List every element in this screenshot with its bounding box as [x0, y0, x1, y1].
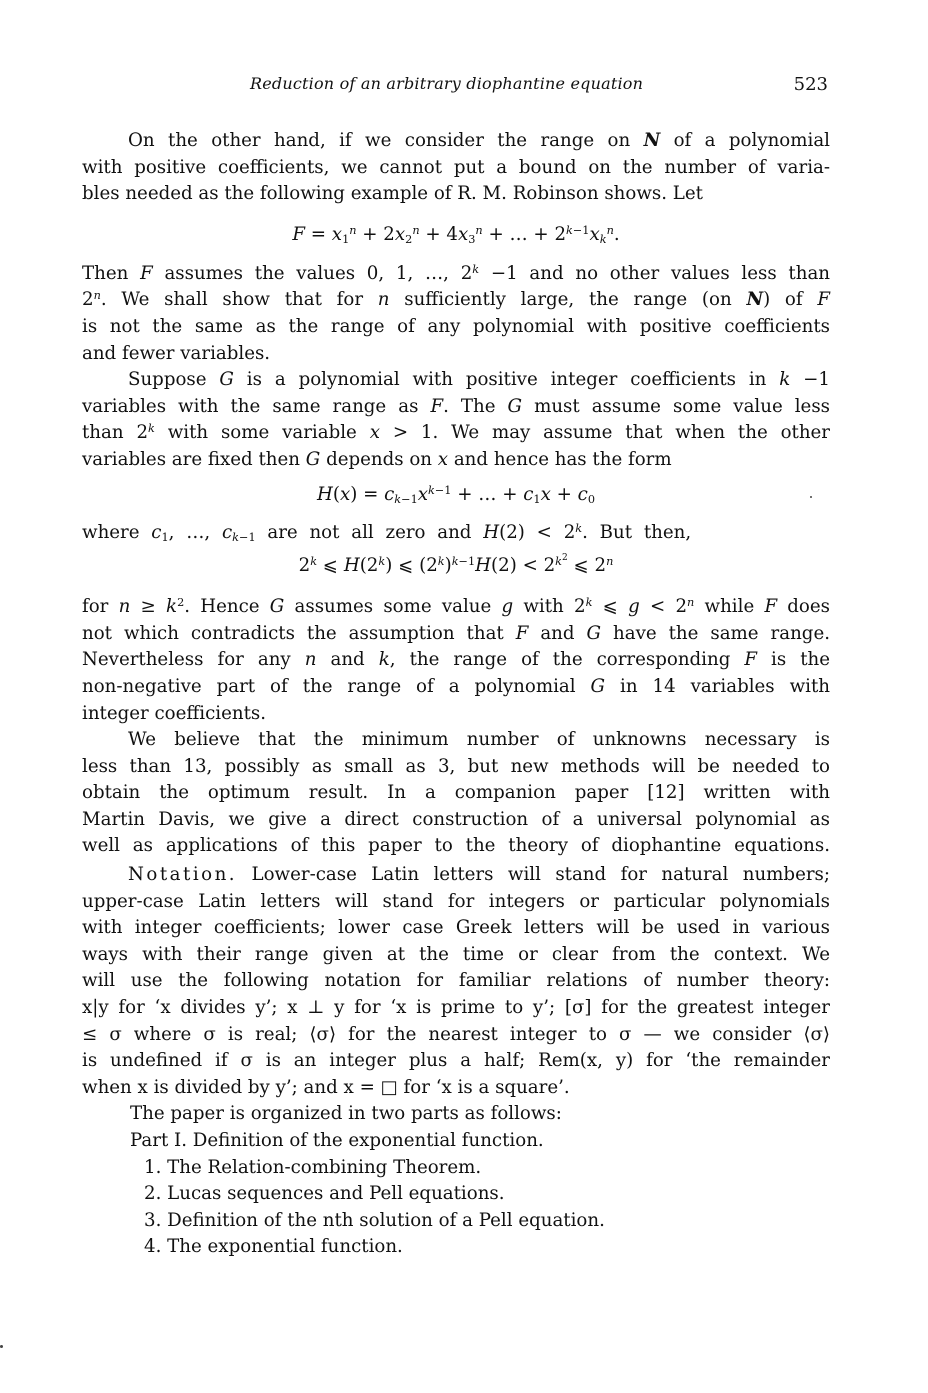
text-line: 2n. We shall show that for n sufficientl…: [82, 287, 830, 314]
text-line: for n ≥ k2. Hence G assumes some value g…: [82, 594, 830, 621]
text-line: x|y for ‘x divides y’; x ⊥ y for ‘x is p…: [82, 995, 830, 1022]
text-line: with positive coefficients, we cannot pu…: [82, 155, 830, 182]
paragraph-hence-G: for n ≥ k2. Hence G assumes some value g…: [82, 594, 830, 727]
text-line: bles needed as the following example of …: [82, 181, 830, 208]
paragraph-robinson-example: On the other hand, if we consider the ra…: [82, 128, 830, 208]
text-line: with integer coefficients; lower case Gr…: [82, 915, 830, 942]
text-line: where c1, …, ck−1 are not all zero and H…: [82, 520, 830, 547]
paragraph-organization: The paper is organized in two parts as f…: [82, 1101, 830, 1261]
text-line: Martin Davis, we give a direct construct…: [82, 807, 830, 834]
equation-H: H(x) = ck−1xk−1 + … + c1x + c0: [82, 474, 830, 520]
section-item: 1. The Relation-combining Theorem.: [82, 1155, 830, 1182]
page-header: Reduction of an arbitrary diophantine eq…: [82, 74, 830, 100]
equation-F: F = x1n + 2x2n + 4x3n + … + 2k−1xkn.: [82, 208, 830, 261]
paragraph-minimum-unknowns: We believe that the minimum number of un…: [82, 727, 830, 860]
text-line: will use the following notation for fami…: [82, 968, 830, 995]
section-item: 3. Definition of the nth solution of a P…: [82, 1208, 830, 1235]
text-line: well as applications of this paper to th…: [82, 833, 830, 860]
text-line: than 2k with some variable x > 1. We may…: [82, 420, 830, 447]
text-line: integer coefficients.: [82, 701, 830, 728]
text-line: ≤ σ where σ is real; ⟨σ⟩ for the nearest…: [82, 1022, 830, 1049]
text-line: is undefined if σ is an integer plus a h…: [82, 1048, 830, 1075]
text-line: variables with the same range as F. The …: [82, 394, 830, 421]
part-one-heading: Part I. Definition of the exponential fu…: [82, 1128, 830, 1155]
text-line: Notation. Lower-case Latin letters will …: [82, 862, 830, 889]
notation-heading: Notation.: [128, 864, 237, 885]
text-line: obtain the optimum result. In a companio…: [82, 780, 830, 807]
text-line: less than 13, possibly as small as 3, bu…: [82, 754, 830, 781]
section-list: 1. The Relation-combining Theorem. 2. Lu…: [82, 1155, 830, 1261]
section-item: 4. The exponential function.: [82, 1234, 830, 1261]
text-line: The paper is organized in two parts as f…: [82, 1101, 830, 1128]
text-line: Then F assumes the values 0, 1, …, 2k −1…: [82, 261, 830, 288]
scan-speck: [0, 1345, 3, 1348]
section-item: 2. Lucas sequences and Pell equations.: [82, 1181, 830, 1208]
page-body: On the other hand, if we consider the ra…: [82, 128, 830, 1261]
scan-speck: [810, 496, 812, 498]
running-title: Reduction of an arbitrary diophantine eq…: [250, 74, 643, 93]
paragraph-notation: Notation. Lower-case Latin letters will …: [82, 862, 830, 1101]
text-line: upper-case Latin letters will stand for …: [82, 889, 830, 916]
text-line: ways with their range given at the time …: [82, 942, 830, 969]
text-line: variables are fixed then G depends on x …: [82, 447, 830, 474]
paragraph-suppose-G: Suppose G is a polynomial with positive …: [82, 367, 830, 473]
paragraph-then-F-assumes: Then F assumes the values 0, 1, …, 2k −1…: [82, 261, 830, 367]
text-line: and fewer variables.: [82, 341, 830, 368]
text-line: not which contradicts the assumption tha…: [82, 621, 830, 648]
text-line: Suppose G is a polynomial with positive …: [82, 367, 830, 394]
text-line: when x is divided by y’; and x = □ for ‘…: [82, 1075, 830, 1102]
paragraph-where-coefficients: where c1, …, ck−1 are not all zero and H…: [82, 520, 830, 547]
text-line: We believe that the minimum number of un…: [82, 727, 830, 754]
text-line: non-negative part of the range of a poly…: [82, 674, 830, 701]
equation-inequality: 2k ⩽ H(2k) ⩽ (2k)k−1H(2) < 2k2 ⩽ 2n: [82, 546, 830, 594]
text-line: On the other hand, if we consider the ra…: [82, 128, 830, 155]
text-line: Nevertheless for any n and k, the range …: [82, 647, 830, 674]
page-number: 523: [794, 74, 828, 95]
text-line: is not the same as the range of any poly…: [82, 314, 830, 341]
